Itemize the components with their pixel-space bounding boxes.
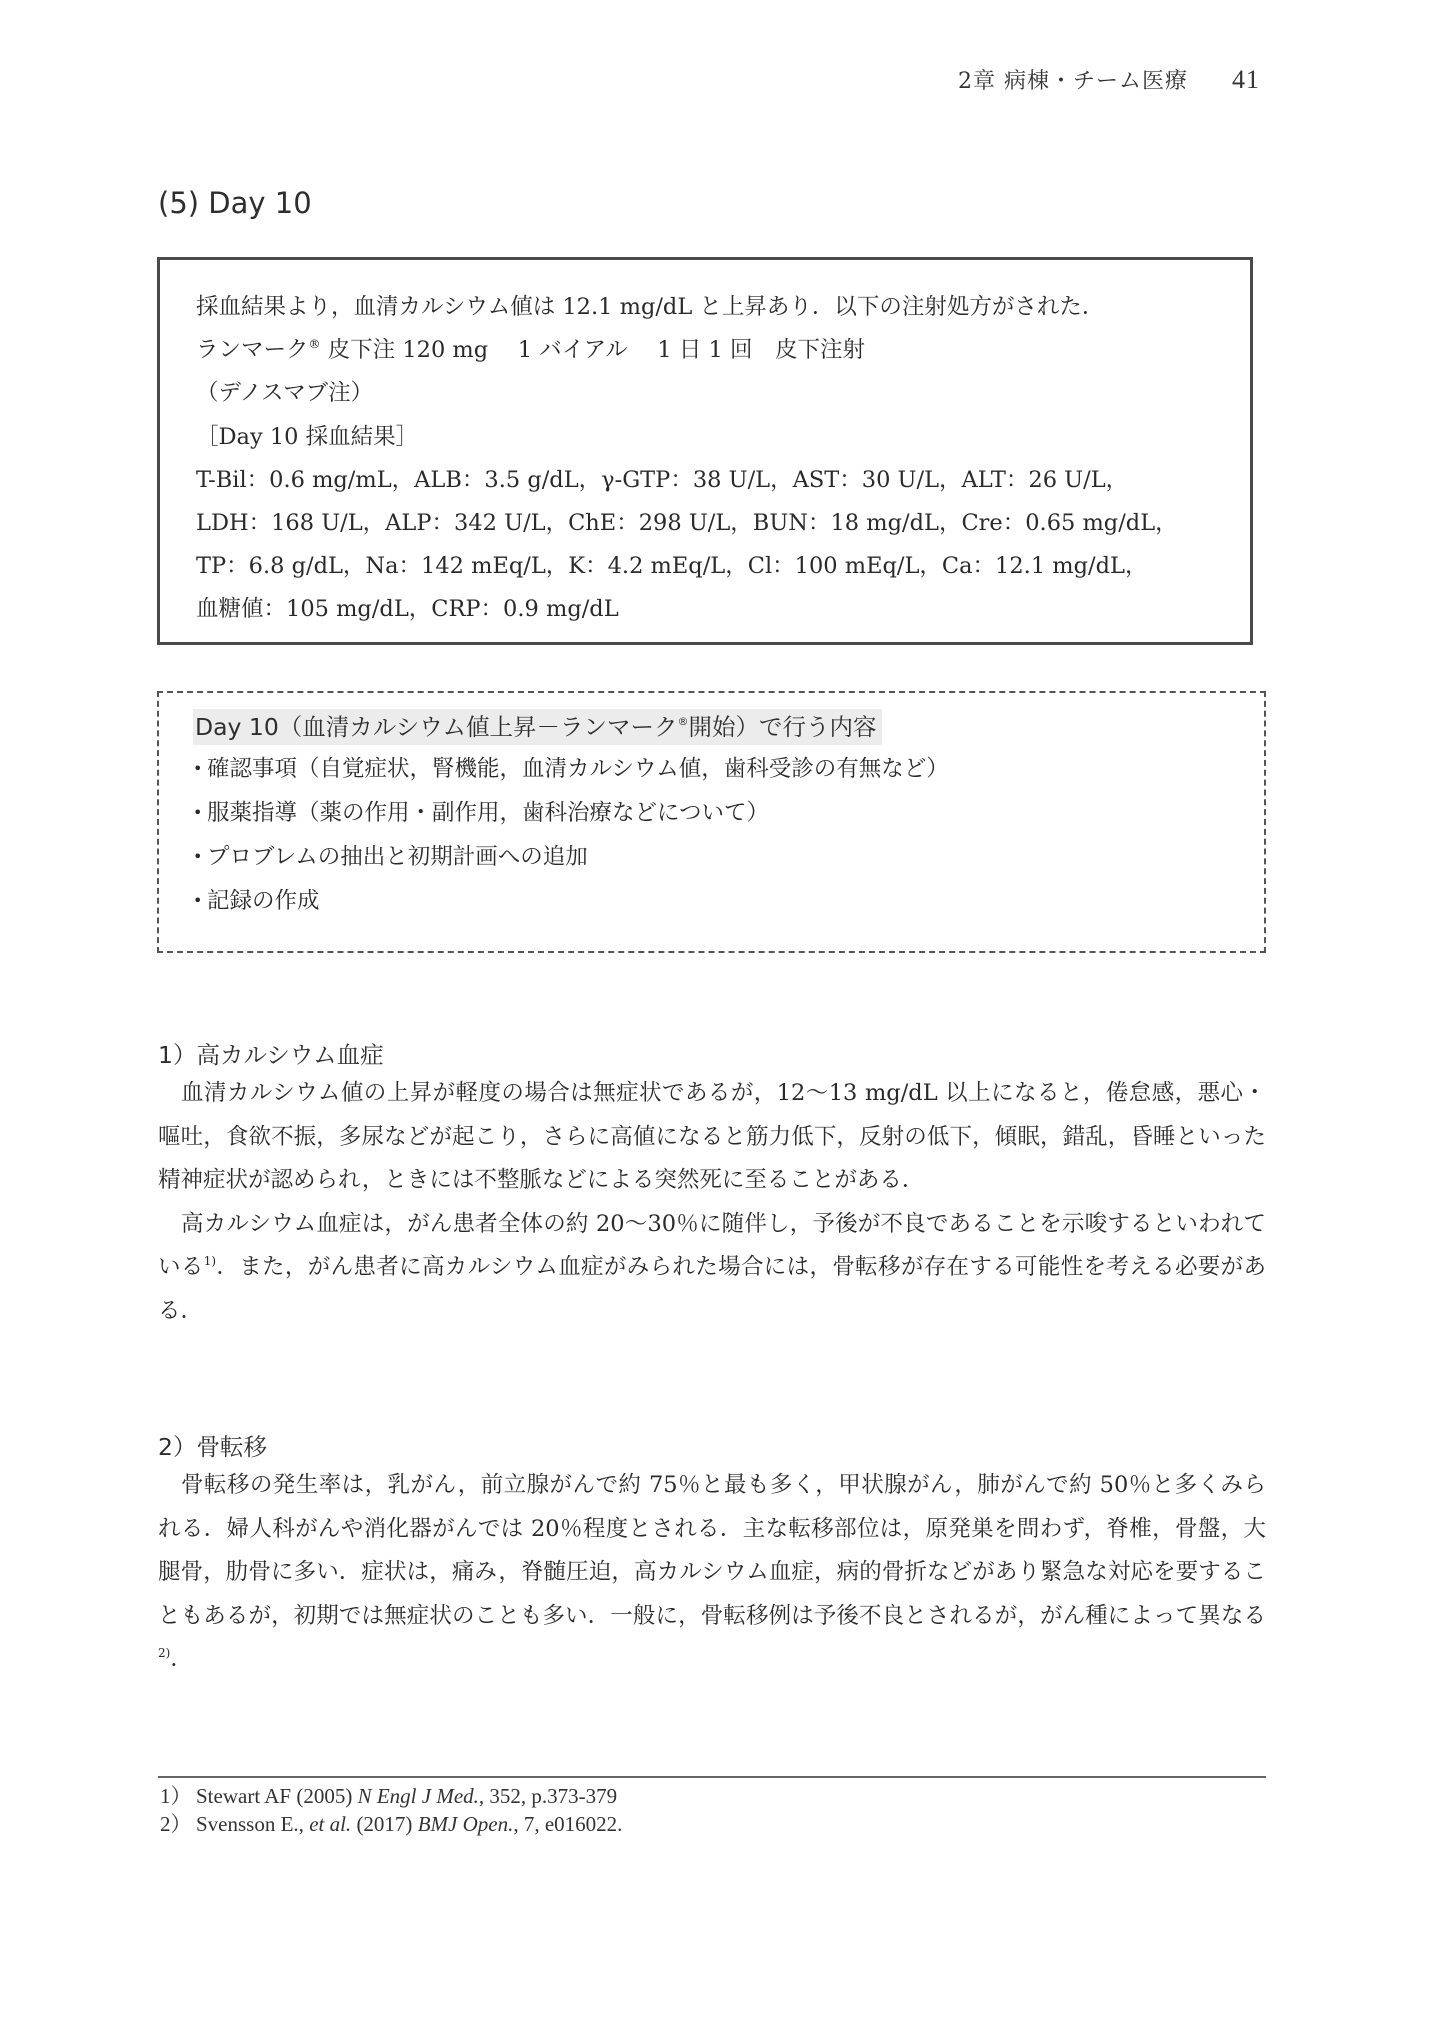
lab-results-line: TP：6.8 g/dL，Na：142 mEq/L，K：4.2 mEq/L，Cl：… [196, 545, 1250, 588]
task-item: •プロブレムの抽出と初期計画への追加 [193, 835, 1264, 879]
registered-mark: ® [677, 715, 688, 728]
task-item-label: 確認事項（自覚症状，腎機能，血清カルシウム値，歯科受診の有無など） [207, 756, 949, 782]
task-item-label: 服薬指導（薬の作用・副作用，歯科治療などについて） [207, 800, 769, 826]
page-number: 41 [1232, 65, 1260, 95]
subsection-heading-bone-metastasis: 2）骨転移 [158, 1428, 267, 1462]
bullet-icon: • [193, 791, 207, 834]
footnote-journal: N Engl J Med. [358, 1784, 479, 1808]
prescription-box: 採血結果より，血清カルシウム値は 12.1 mg/dL と上昇あり．以下の注射処… [157, 257, 1253, 645]
rx-drug-line: ランマーク® 皮下注 120 mg 1 バイアル 1 日 1 回 皮下注射 [196, 329, 1250, 372]
footnote-etal: et al. [309, 1812, 351, 1836]
task-item: •記録の作成 [193, 879, 1264, 923]
rx-intro-line: 採血結果より，血清カルシウム値は 12.1 mg/dL と上昇あり．以下の注射処… [196, 286, 1250, 329]
paragraph: 骨転移の発生率は，乳がん，前立腺がんで約 75％と最も多く，甲状腺がん，肺がんで… [158, 1464, 1266, 1682]
bullet-icon: • [193, 747, 207, 790]
task-heading: Day 10（血清カルシウム値上昇－ランマーク®開始）で行う内容 [193, 709, 882, 745]
lab-results-line: 血糖値：105 mg/dL，CRP：0.9 mg/dL [196, 588, 1250, 631]
drug-name: ランマーク [196, 337, 309, 363]
rx-generic-name: （デノスマブ注） [196, 372, 1250, 415]
lab-results-line: T-Bil：0.6 mg/mL，ALB：3.5 g/dL，γ-GTP：38 U/… [196, 459, 1250, 502]
footnote-year: (2017) [356, 1812, 412, 1836]
paragraph-text: 骨転移の発生率は，乳がん，前立腺がんで約 75％と最も多く，甲状腺がん，肺がんで… [158, 1472, 1266, 1629]
section-title: (5) Day 10 [158, 186, 312, 220]
subsection-body-hypercalcemia: 血清カルシウム値の上昇が軽度の場合は無症状であるが，12～13 mg/dL 以上… [158, 1072, 1266, 1333]
paragraph-text: ．また，がん患者に高カルシウム血症がみられた場合には，骨転移が存在する可能性を考… [158, 1254, 1266, 1324]
paragraph: 血清カルシウム値の上昇が軽度の場合は無症状であるが，12～13 mg/dL 以上… [158, 1072, 1266, 1203]
task-item: •服薬指導（薬の作用・副作用，歯科治療などについて） [193, 791, 1264, 835]
footnote-detail: , 352, p.373-379 [479, 1784, 617, 1808]
subsection-heading-hypercalcemia: 1）高カルシウム血症 [158, 1036, 384, 1070]
bullet-icon: • [193, 835, 207, 878]
drug-dosage: 皮下注 120 mg 1 バイアル 1 日 1 回 皮下注射 [328, 337, 865, 363]
subsection-body-bone-metastasis: 骨転移の発生率は，乳がん，前立腺がんで約 75％と最も多く，甲状腺がん，肺がんで… [158, 1464, 1266, 1682]
chapter-title: 2章 病棟・チーム医療 [958, 69, 1188, 94]
footnote-author: Svensson E., [196, 1812, 304, 1836]
task-heading-text: 開始）で行う内容 [688, 713, 876, 741]
footnote-year: (2005) [296, 1784, 352, 1808]
running-head: 2章 病棟・チーム医療 41 [958, 64, 1260, 95]
registered-mark: ® [309, 337, 321, 351]
footnote-item: 2）Svensson E., et al. (2017) BMJ Open., … [160, 1810, 622, 1838]
task-box: Day 10（血清カルシウム値上昇－ランマーク®開始）で行う内容 •確認事項（自… [157, 691, 1266, 953]
footnote-author: Stewart AF [196, 1784, 291, 1808]
footnote-journal: BMJ Open. [418, 1812, 514, 1836]
paragraph-text: ． [170, 1646, 193, 1672]
paragraph: 高カルシウム血症は，がん患者全体の約 20～30％に随伴し，予後が不良であること… [158, 1203, 1266, 1334]
task-item: •確認事項（自覚症状，腎機能，血清カルシウム値，歯科受診の有無など） [193, 747, 1264, 791]
citation-ref[interactable]: 1) [204, 1254, 216, 1268]
footnotes: 1）Stewart AF (2005) N Engl J Med., 352, … [160, 1782, 622, 1838]
task-heading-text: Day 10（血清カルシウム値上昇－ランマーク [195, 713, 677, 741]
footnote-number: 1） [160, 1782, 196, 1810]
citation-ref[interactable]: 2) [158, 1646, 170, 1660]
lab-results-label: ［Day 10 採血結果］ [196, 416, 1250, 459]
bullet-icon: • [193, 879, 207, 922]
task-item-label: 記録の作成 [207, 888, 320, 914]
lab-results-line: LDH：168 U/L，ALP：342 U/L，ChE：298 U/L，BUN：… [196, 502, 1250, 545]
task-item-label: プロブレムの抽出と初期計画への追加 [207, 844, 588, 870]
footnote-divider [158, 1776, 1266, 1778]
footnote-item: 1）Stewart AF (2005) N Engl J Med., 352, … [160, 1782, 622, 1810]
footnote-detail: , 7, e016022. [513, 1812, 622, 1836]
footnote-number: 2） [160, 1810, 196, 1838]
